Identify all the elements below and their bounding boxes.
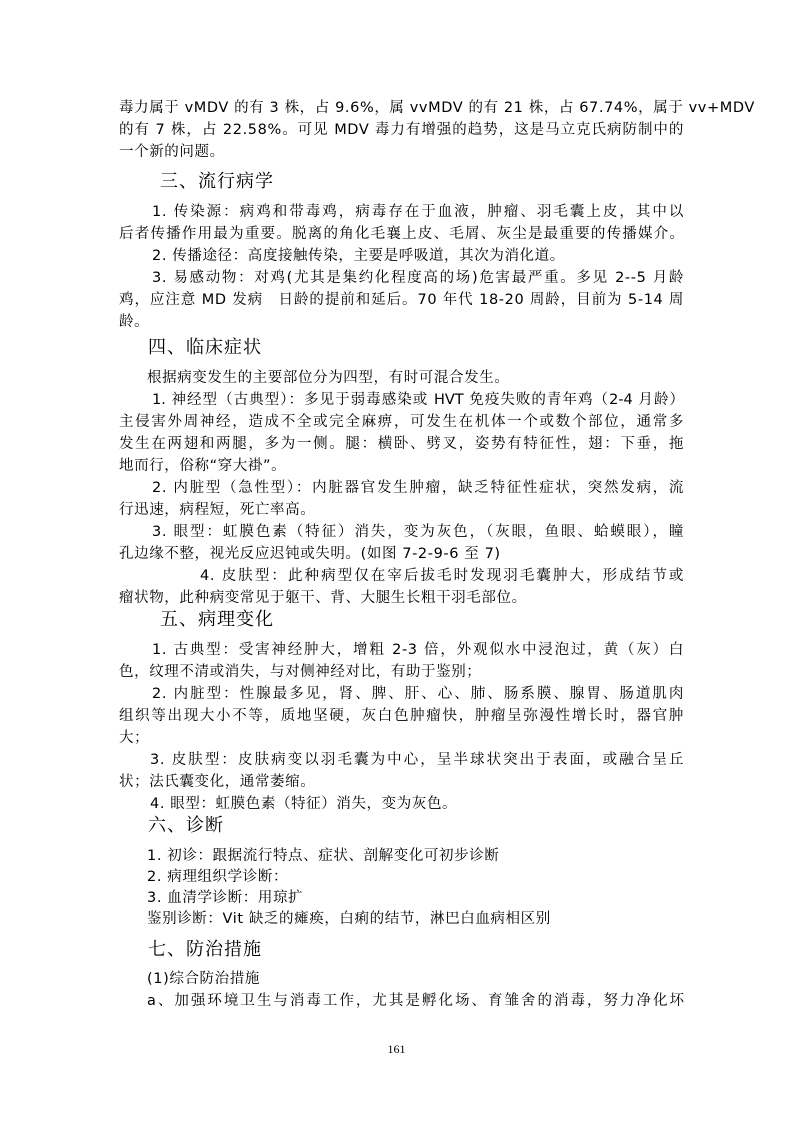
paragraph-line: 瘤状物，此种病变常见于躯干、背、大腿生长粗干羽毛部位。 <box>119 589 527 608</box>
paragraph-line: 1. 古典型：受害神经肿大，增粗 2-3 倍，外观似水中浸泡过，黄（灰）白 <box>152 641 684 660</box>
paragraph-line: a、加强环境卫生与消毒工作，尤其是孵化场、育雏舍的消毒，努力净化坏 <box>147 992 684 1011</box>
section-heading-epidemiology: 三、流行病学 <box>160 170 274 194</box>
paragraph-line: 2. 传播途径：高度接触传染，主要是呼吸道，其次为消化道。 <box>152 247 565 266</box>
paragraph-line: 组织等出现大小不等，质地坚硬，灰白色肿瘤快，肿瘤呈弥漫性增长时，器官肿 <box>119 707 684 726</box>
paragraph-line: 1. 传染源：病鸡和带毒鸡，病毒存在于血液，肿瘤、羽毛囊上皮，其中以 <box>152 203 684 222</box>
paragraph-line: 3. 血清学诊断：用琼扩 <box>147 889 303 908</box>
paragraph-line: 大； <box>119 729 149 748</box>
paragraph-line: 地而行，俗称“穿大褂”。 <box>119 457 286 476</box>
section-heading-diagnosis: 六、诊断 <box>148 814 224 838</box>
paragraph-line: 2. 内脏型（急性型）：内脏器官发生肿瘤，缺乏特征性症状，突然发病，流 <box>152 479 684 498</box>
paragraph-line: 3. 易感动物：对鸡(尤其是集约化程度高的场)危害最严重。多见 2--5 月龄 <box>152 269 684 288</box>
paragraph-line: 行迅速，病程短，死亡率高。 <box>119 501 315 520</box>
paragraph-line: 2. 内脏型：性腺最多见，肾、脾、肝、心、肺、肠系膜、腺胃、肠道肌肉 <box>152 685 684 704</box>
section-heading-clinical: 四、临床症状 <box>148 336 262 360</box>
section-heading-prevention: 七、防治措施 <box>148 938 262 962</box>
paragraph-line: 3. 皮肤型：皮肤病变以羽毛囊为中心，呈半球状突出于表面，或融合呈丘 <box>150 751 684 770</box>
paragraph-line: 龄。 <box>119 313 149 332</box>
paragraph-line: 根据病变发生的主要部位分为四型，有时可混合发生。 <box>147 369 509 388</box>
paragraph-line: 色，纹理不清或消失，与对侧神经对比，有助于鉴别； <box>119 663 481 682</box>
paragraph-line: 1. 初诊：跟据流行特点、症状、剖解变化可初步诊断 <box>147 847 499 866</box>
document-page: 毒力属于 vMDV 的有 3 株，占 9.6%，属 vvMDV 的有 21 株，… <box>0 0 793 1122</box>
paragraph-line: 发生在两翅和两腿，多为一侧。腿：横卧、劈叉，姿势有特征性，翅：下垂，拖 <box>119 435 684 454</box>
paragraph-line: (1)综合防治措施 <box>147 970 260 989</box>
intro-line: 一个新的问题。 <box>119 143 225 162</box>
paragraph-line: 后者传播作用最为重要。脱离的角化毛襄上皮、毛屑、灰尘是最重要的传播媒介。 <box>119 225 684 244</box>
paragraph-line: 鸡，应注意 MD 发病 日龄的提前和延后。70 年代 18-20 周龄，目前为 … <box>119 291 684 310</box>
intro-line: 的有 7 株，占 22.58%。可见 MDV 毒力有增强的趋势，这是马立克氏病防… <box>119 121 684 140</box>
paragraph-line: 4. 眼型：虹膜色素（特征）消失，变为灰色。 <box>150 795 457 814</box>
paragraph-line: 孔边缘不整，视光反应迟钝或失明。(如图 7-2-9-6 至 7) <box>119 545 501 564</box>
paragraph-line: 主侵害外周神经，造成不全或完全麻痹，可发生在机体一个或数个部位，通常多 <box>119 413 684 432</box>
paragraph-line: 鉴别诊断：Vit 缺乏的瘫痪，白痢的结节，淋巴白血病相区别 <box>147 910 551 929</box>
page-number: 161 <box>0 1042 793 1057</box>
paragraph-line: 3. 眼型：虹膜色素（特征）消失，变为灰色，（灰眼，鱼眼、蛤蟆眼），瞳 <box>152 523 684 542</box>
paragraph-line: 1. 神经型（古典型）：多见于弱毒感染或 HVT 免疫失败的青年鸡（2-4 月龄… <box>152 391 684 410</box>
paragraph-line: 2. 病理组织学诊断： <box>147 868 288 887</box>
paragraph-line: 4. 皮肤型：此种病型仅在宰后拔毛时发现羽毛囊肿大，形成结节或 <box>200 567 684 586</box>
intro-line: 毒力属于 vMDV 的有 3 株，占 9.6%，属 vvMDV 的有 21 株，… <box>119 99 684 118</box>
paragraph-line: 状；法氏囊变化，通常萎缩。 <box>119 773 315 792</box>
section-heading-pathology: 五、病理变化 <box>160 608 274 632</box>
